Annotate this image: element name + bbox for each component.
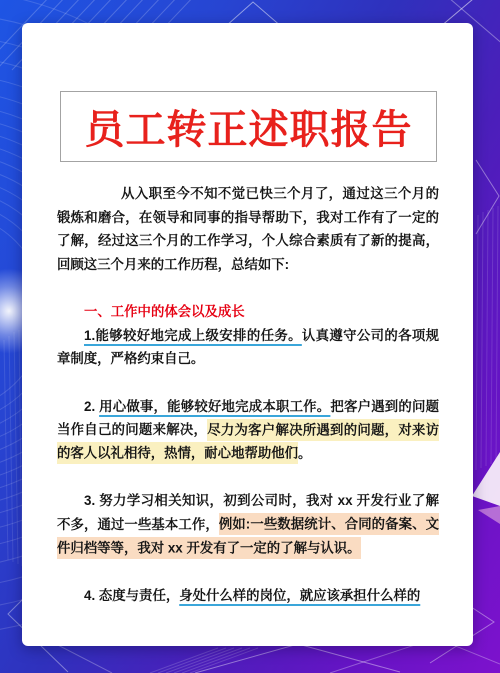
item-number: 2. (84, 399, 99, 414)
report-item-1: 1.能够较好地完成上级安排的任务。认真遵守公司的各项规章制度，严格约束自己。 (57, 324, 439, 371)
intro-paragraph: 从入职至今不知不觉已快三个月了，通过这三个月的锻炼和磨合，在领导和同事的指导帮助… (57, 182, 439, 276)
item-text-end: 。 (298, 446, 311, 461)
underlined-phrase: 身处什么样的岗位，就应该承担什么样的 (179, 588, 420, 603)
report-title: 员工转正述职报告 (85, 98, 413, 155)
striations-right (476, 206, 498, 470)
underlined-phrase: 用心做事，能够较好地完成本职工作。 (99, 399, 330, 414)
section-heading: 一、工作中的体会以及成长 (57, 300, 439, 324)
item-text: 4. 态度与责任， (84, 588, 179, 603)
report-item-3: 3. 努力学习相关知识，初到公司时，我对 xx 开发行业了解不多，通过一些基本工… (57, 489, 439, 560)
report-item-4: 4. 态度与责任，身处什么样的岗位，就应该承担什么样的 (57, 584, 439, 608)
report-body: 从入职至今不知不觉已快三个月了，通过这三个月的锻炼和磨合，在领导和同事的指导帮助… (57, 182, 439, 607)
striations-left (4, 330, 22, 566)
document-card: 员工转正述职报告 从入职至今不知不觉已快三个月了，通过这三个月的锻炼和磨合，在领… (22, 23, 473, 646)
hatch-lines-bottom (150, 648, 258, 673)
report-item-2: 2. 用心做事，能够较好地完成本职工作。把客户遇到的问题当作自己的问题来解决，尽… (57, 395, 439, 466)
pink-wedge (478, 506, 500, 524)
poster-page: 员工转正述职报告 从入职至今不知不觉已快三个月了，通过这三个月的锻炼和磨合，在领… (0, 0, 500, 673)
underlined-phrase: 1.能够较好地完成上级安排的任务。 (84, 328, 302, 343)
title-box: 员工转正述职报告 (60, 91, 437, 162)
